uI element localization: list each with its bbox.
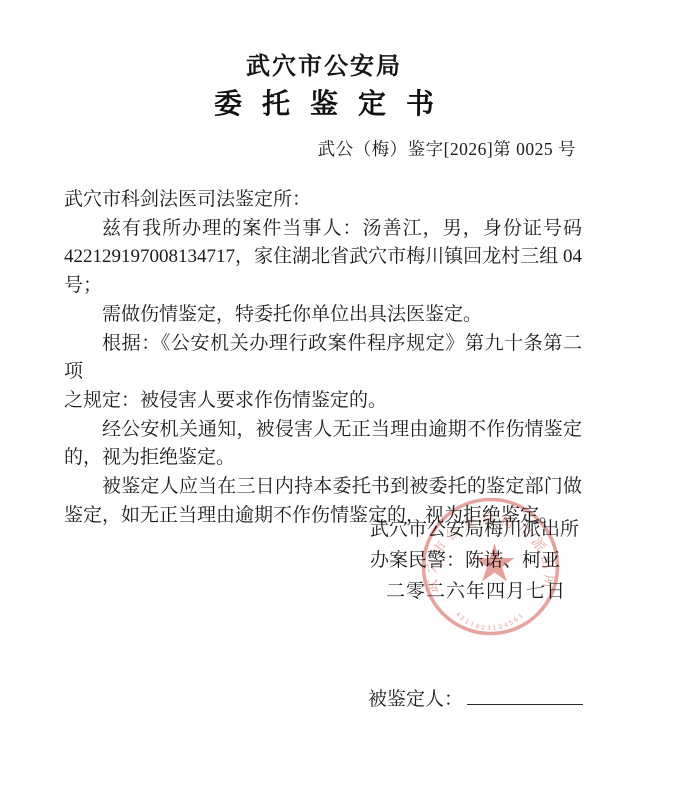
body-line: 之规定：被侵害人要求作伤情鉴定的。 <box>64 387 582 416</box>
body-line: 号； <box>64 272 582 301</box>
signer-line: 被鉴定人： <box>368 684 583 711</box>
signature-unit: 武穴市公安局梅川派出所 <box>370 514 579 545</box>
body-line: 兹有我所办理的案件当事人：汤善江，男，身份证号码 <box>64 215 582 244</box>
body-line: 422129197008134717，家住湖北省武穴市梅川镇回龙村三组 04 <box>64 243 582 272</box>
body-line: 根据：《公安机关办理行政案件程序规定》第九十条第二项 <box>64 330 582 387</box>
signer-label: 被鉴定人： <box>368 689 463 710</box>
body-line: 经公安机关通知，被侵害人无正当理由逾期不作伤情鉴定 <box>64 416 582 445</box>
recipient-line: 武穴市科剑法医司法鉴定所： <box>64 186 582 215</box>
signature-blank-underline <box>467 703 583 705</box>
doc-number: 武公（梅）鉴字[2026]第 0025 号 <box>0 136 576 161</box>
seal-code-text: 4211823104561 <box>454 611 526 632</box>
body-line: 需做伤情鉴定，特委托你单位出具法医鉴定。 <box>64 301 582 330</box>
body-line: 的，视为拒绝鉴定。 <box>64 444 582 473</box>
org-title: 武穴市公安局 <box>0 46 648 81</box>
body-text: 武穴市科剑法医司法鉴定所： 兹有我所办理的案件当事人：汤善江，男，身份证号码 4… <box>64 186 582 530</box>
document-page: 武穴市公安局 委托鉴定书 武公（梅）鉴字[2026]第 0025 号 武穴市科剑… <box>0 0 680 801</box>
signature-date: 二零二六年四月七日 <box>370 576 579 607</box>
signature-block: 武穴市公安局梅川派出所 办案民警：陈诺、柯亚 二零二六年四月七日 <box>370 514 579 607</box>
doc-title: 委托鉴定书 <box>0 82 648 122</box>
signature-officers: 办案民警：陈诺、柯亚 <box>370 545 579 576</box>
body-line: 被鉴定人应当在三日内持本委托书到被委托的鉴定部门做 <box>64 473 582 502</box>
